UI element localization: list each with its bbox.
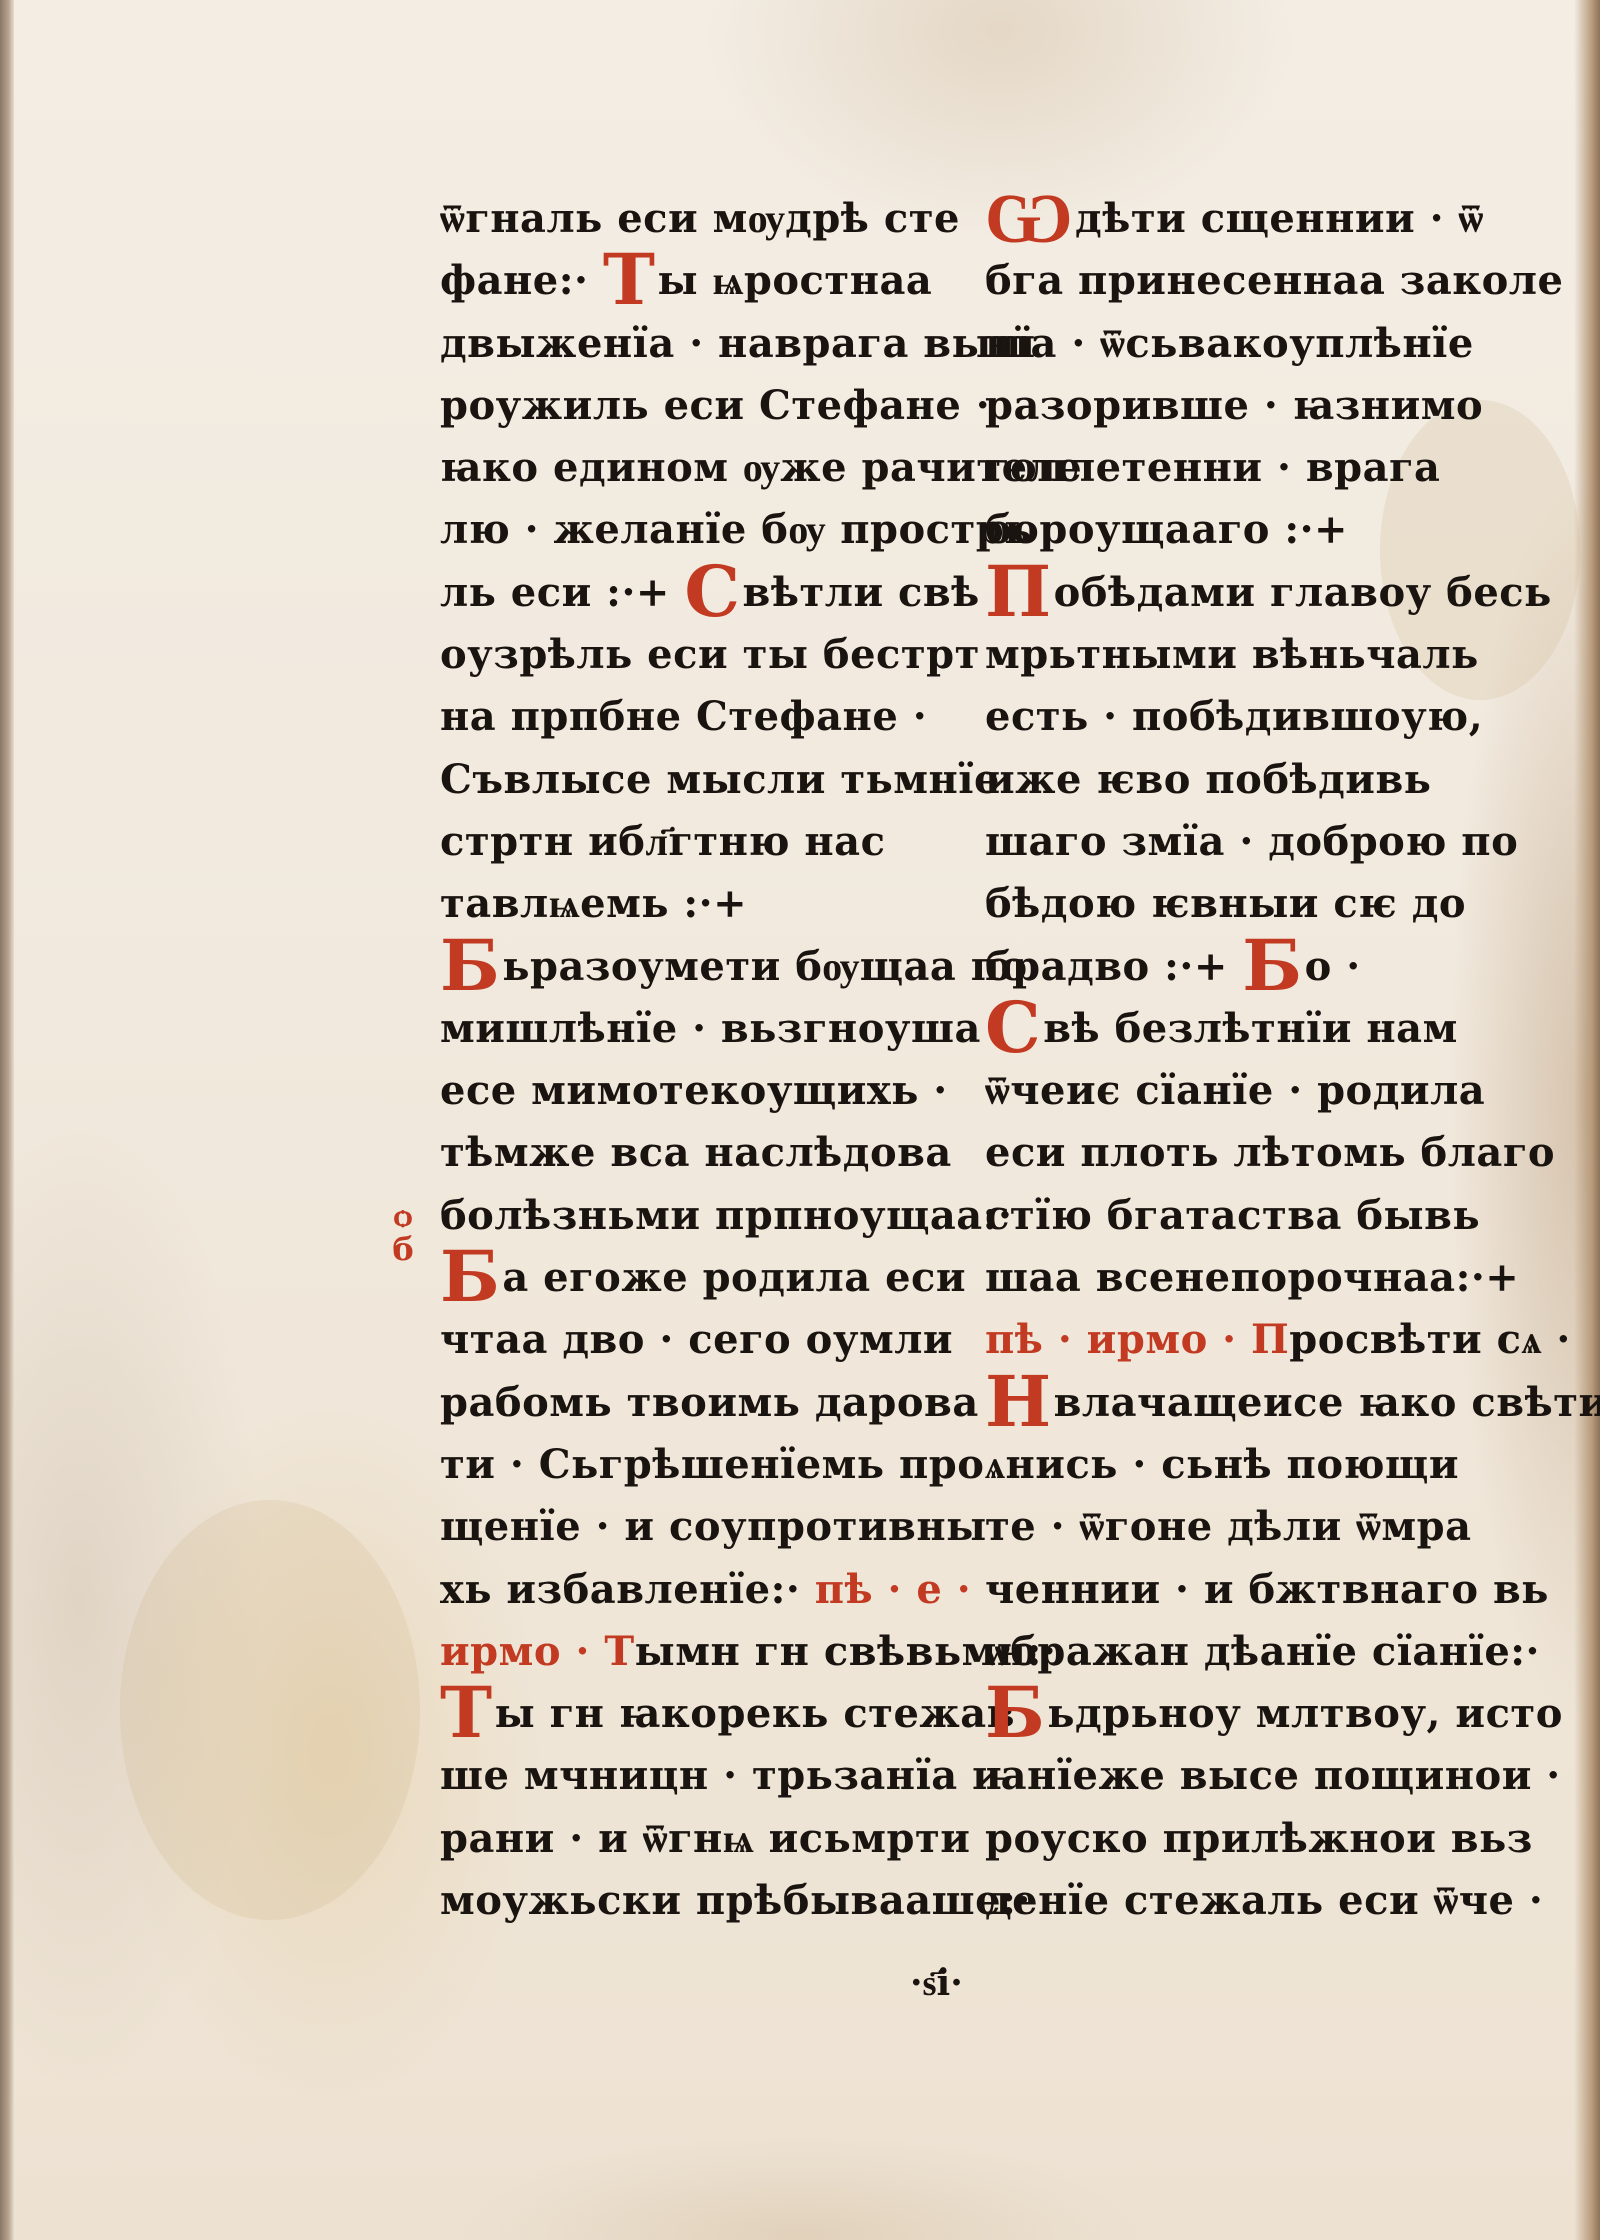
rubric-initial: Б [440,1247,500,1307]
line-text: щенїе · и соупротивны [440,1503,987,1550]
line-text-pre: брадво :·+ [985,943,1242,990]
line-text: на прпбне Стефане · [440,693,927,740]
text-line: щенїе · и соупротивны [440,1496,960,1558]
text-line: ѧнись · сьнѣ поющи [985,1434,1505,1496]
page-right-edge [1574,0,1600,2240]
text-line: тѣмже вса наслѣдова [440,1122,960,1184]
text-line: ше мчницн · трьзанїа и [440,1745,960,1807]
text-line: Съвлысе мысли тьмнїе [440,749,960,811]
line-text: иже ѥво побѣдивь [985,756,1431,803]
text-line: рани · и ѿгнѩ исьмрти [440,1808,960,1870]
text-line: ѿчеиє сїанїе · родила [985,1060,1505,1122]
text-line: те · ѿгоне дѣли ѿмра [985,1496,1505,1558]
text-line: Бьразоумети бѹщаа по [440,936,960,998]
line-text: тѣмже вса наслѣдова [440,1129,952,1176]
line-text: есе мимотекоущихь · [440,1067,948,1114]
margin-note-bottom: б [388,1232,418,1266]
line-text: двыженїа · наврага выш [440,320,1036,367]
text-line: ль еси :·+ Свѣтли свѣ [440,562,960,624]
line-text: мишлѣнїе · вьзгноуша [440,1005,981,1052]
line-text: вѣтли свѣ [743,569,980,616]
line-text: стртн ибл҃гтню нас [440,818,885,865]
text-line: чтаа дво · сего оумли [440,1309,960,1371]
line-text: болѣзньми прпноущаа:· [440,1192,1012,1239]
rubric-initial: С [684,562,740,622]
text-line: болѣзньми прпноущаа:· [440,1185,960,1247]
line-text: мрьтными вѣньчаль [985,631,1479,678]
manuscript-page: ѿгналь еси мѹдрѣ стефане:· Ты ѩростнаадв… [0,0,1600,2240]
text-line: на прпбне Стефане · [440,686,960,748]
line-text: ьдрьноу млтвоу, исто [1047,1690,1563,1737]
line-text: тавлѩемь :·+ [440,880,747,927]
line-text: еси плоть лѣтомь благо [985,1129,1555,1176]
line-text: обѣдами главоу бесь [1054,569,1552,616]
paper-stain [120,1500,420,1920]
line-text: ти · Сьгрѣшенїемь про [440,1441,984,1488]
line-text: есть · побѣдившоую, [985,693,1483,740]
rubric-text: пѣ · ирмо · П [985,1316,1289,1363]
line-text: денїе стежаль еси ѿче · [985,1877,1543,1924]
text-line: рабомь твоимь дарова [440,1372,960,1434]
rubric-text: пѣ · е · [815,1566,971,1613]
text-line: роужиль еси Стефане · [440,375,960,437]
text-line: Свѣ безлѣтнїи нам [985,998,1505,1060]
text-line: иже ѥво побѣдивь [985,749,1505,811]
line-text: бороущааго :·+ [985,506,1348,553]
margin-note-top: ѻ [388,1198,418,1232]
text-line: еси плоть лѣтомь благо [985,1122,1505,1184]
text-line: Нвлачащеисе ꙗко свѣти [985,1372,1505,1434]
line-text: вѣ безлѣтнїи нам [1043,1005,1458,1052]
line-text: ы ѩростнаа [657,257,932,304]
line-text: рабомь твоимь дарова [440,1379,979,1426]
text-line: ти · Сьгрѣшенїемь про [440,1434,960,1496]
text-line: бороущааго :·+ [985,499,1505,561]
text-line: Ѡдѣти сщеннии · ѿ [985,188,1505,250]
line-text: ꙗнїеже высе пощинои · [985,1752,1561,1799]
line-text: дѣти сщеннии · ѿ [1075,195,1484,242]
line-text: бѣдою ѥвныи сѥ до [985,880,1466,927]
rubric-initial: Т [440,1683,493,1743]
text-line: шаа всенепорочнаа:·+ [985,1247,1505,1309]
line-text: а егоже родила еси [502,1254,966,1301]
text-line: Бьдрьноу млтвоу, исто [985,1683,1505,1745]
margin-note: ѻ б [388,1198,418,1266]
line-text: бга принесеннаа заколе [985,257,1563,304]
line-text: Съвлысе мысли тьмнїе [440,756,1000,803]
text-line: двыженїа · наврага выш [440,313,960,375]
line-text: ченнии · и бжтвнаго вь [985,1566,1549,1613]
text-line: фане:· Ты ѩростнаа [440,250,960,312]
line-text: о · [1305,943,1361,990]
text-line: есть · побѣдившоую, [985,686,1505,748]
line-text: чтаа дво · сего оумли [440,1316,953,1363]
line-text: моужьски прѣбывааше:· [440,1877,1031,1924]
left-column: ѿгналь еси мѹдрѣ стефане:· Ты ѩростнаадв… [440,188,960,1932]
text-line: ирмо · Тымн гн свѣвьмн:· [440,1621,960,1683]
line-text: те · ѿгоне дѣли ѿмра [985,1503,1472,1550]
text-line: тавлѩемь :·+ [440,873,960,935]
text-line: Побѣдами главоу бесь [985,562,1505,624]
text-line: есе мимотекоущихь · [440,1060,960,1122]
text-line: ченнии · и бжтвнаго вь [985,1559,1505,1621]
line-text: лю · желанїе бѹ прострь [440,506,1032,553]
line-text: шаго змїа · доброю по [985,818,1518,865]
text-line: стїю бгатаства бывь [985,1185,1505,1247]
text-line: денїе стежаль еси ѿче · [985,1870,1505,1932]
line-text-pre: ль еси :·+ [440,569,684,616]
text-line: нїа · ѿсьвакоуплѣнїе [985,313,1505,375]
line-text: ѡбражан дѣанїе сїанїе:· [985,1628,1540,1675]
rubric-initial: Н [985,1372,1052,1432]
line-text: ѿчеиє сїанїе · родила [985,1067,1485,1114]
rubric-initial: П [985,562,1052,622]
text-line: брадво :·+ Бо · [985,936,1505,998]
text-line: Ты гн ꙗкорекь стежав [440,1683,960,1745]
text-line: ꙗнїеже высе пощинои · [985,1745,1505,1807]
text-line: пѣ · ирмо · Просвѣти сѧ · [985,1309,1505,1371]
text-line: Ба егоже родила еси [440,1247,960,1309]
text-line: хь избавленїе:· пѣ · е · [440,1559,960,1621]
rubric-initial: Б [1242,936,1302,996]
rubric-initial: Т [603,250,656,310]
text-line: стртн ибл҃гтню нас [440,811,960,873]
line-text: оузрѣль еси ты бестрт [440,631,980,678]
text-line: разоривше · ꙗзнимо [985,375,1505,437]
line-text: росвѣти сѧ · [1289,1316,1571,1363]
line-text: гоплетенни · врага [985,444,1440,491]
text-line: мрьтными вѣньчаль [985,624,1505,686]
line-text: роуско прилѣжнои вьз [985,1815,1533,1862]
line-text: влачащеисе ꙗко свѣти [1054,1379,1600,1426]
line-text: роужиль еси Стефане · [440,382,990,429]
text-line: ꙗко едином ѹже рачителе [440,437,960,499]
line-text: ы гн ꙗкорекь стежав [495,1690,1015,1737]
folio-number: ·ѕ҃і· [910,1962,963,2004]
line-text: ше мчницн · трьзанїа и [440,1752,1002,1799]
line-text: ьразоумети бѹщаа по [502,943,1027,990]
line-text: стїю бгатаства бывь [985,1192,1480,1239]
text-line: роуско прилѣжнои вьз [985,1808,1505,1870]
line-text: ѿгналь еси мѹдрѣ сте [440,195,960,242]
text-line: мишлѣнїе · вьзгноуша [440,998,960,1060]
line-text: разоривше · ꙗзнимо [985,382,1483,429]
rubric-initial: Б [440,936,500,996]
rubric-initial: Ѡ [985,188,1073,248]
rubric-initial: С [985,998,1041,1058]
text-line: бга принесеннаа заколе [985,250,1505,312]
text-line: гоплетенни · врага [985,437,1505,499]
line-text-pre: хь избавленїе:· [440,1566,815,1613]
binding-spine [0,0,14,2240]
text-line: ѡбражан дѣанїе сїанїе:· [985,1621,1505,1683]
line-text: рани · и ѿгнѩ исьмрти [440,1815,970,1862]
line-text: ѧнись · сьнѣ поющи [985,1441,1459,1488]
text-line: моужьски прѣбывааше:· [440,1870,960,1932]
text-line: ѿгналь еси мѹдрѣ сте [440,188,960,250]
text-line: оузрѣль еси ты бестрт [440,624,960,686]
line-text: нїа · ѿсьвакоуплѣнїе [985,320,1474,367]
line-text-pre: фане:· [440,257,603,304]
rubric-initial: Б [985,1683,1045,1743]
right-column: Ѡдѣти сщеннии · ѿбга принесеннаа заколен… [985,188,1505,1932]
rubric-text: ирмо · Т [440,1628,635,1675]
line-text: шаа всенепорочнаа:·+ [985,1254,1519,1301]
text-line: шаго змїа · доброю по [985,811,1505,873]
